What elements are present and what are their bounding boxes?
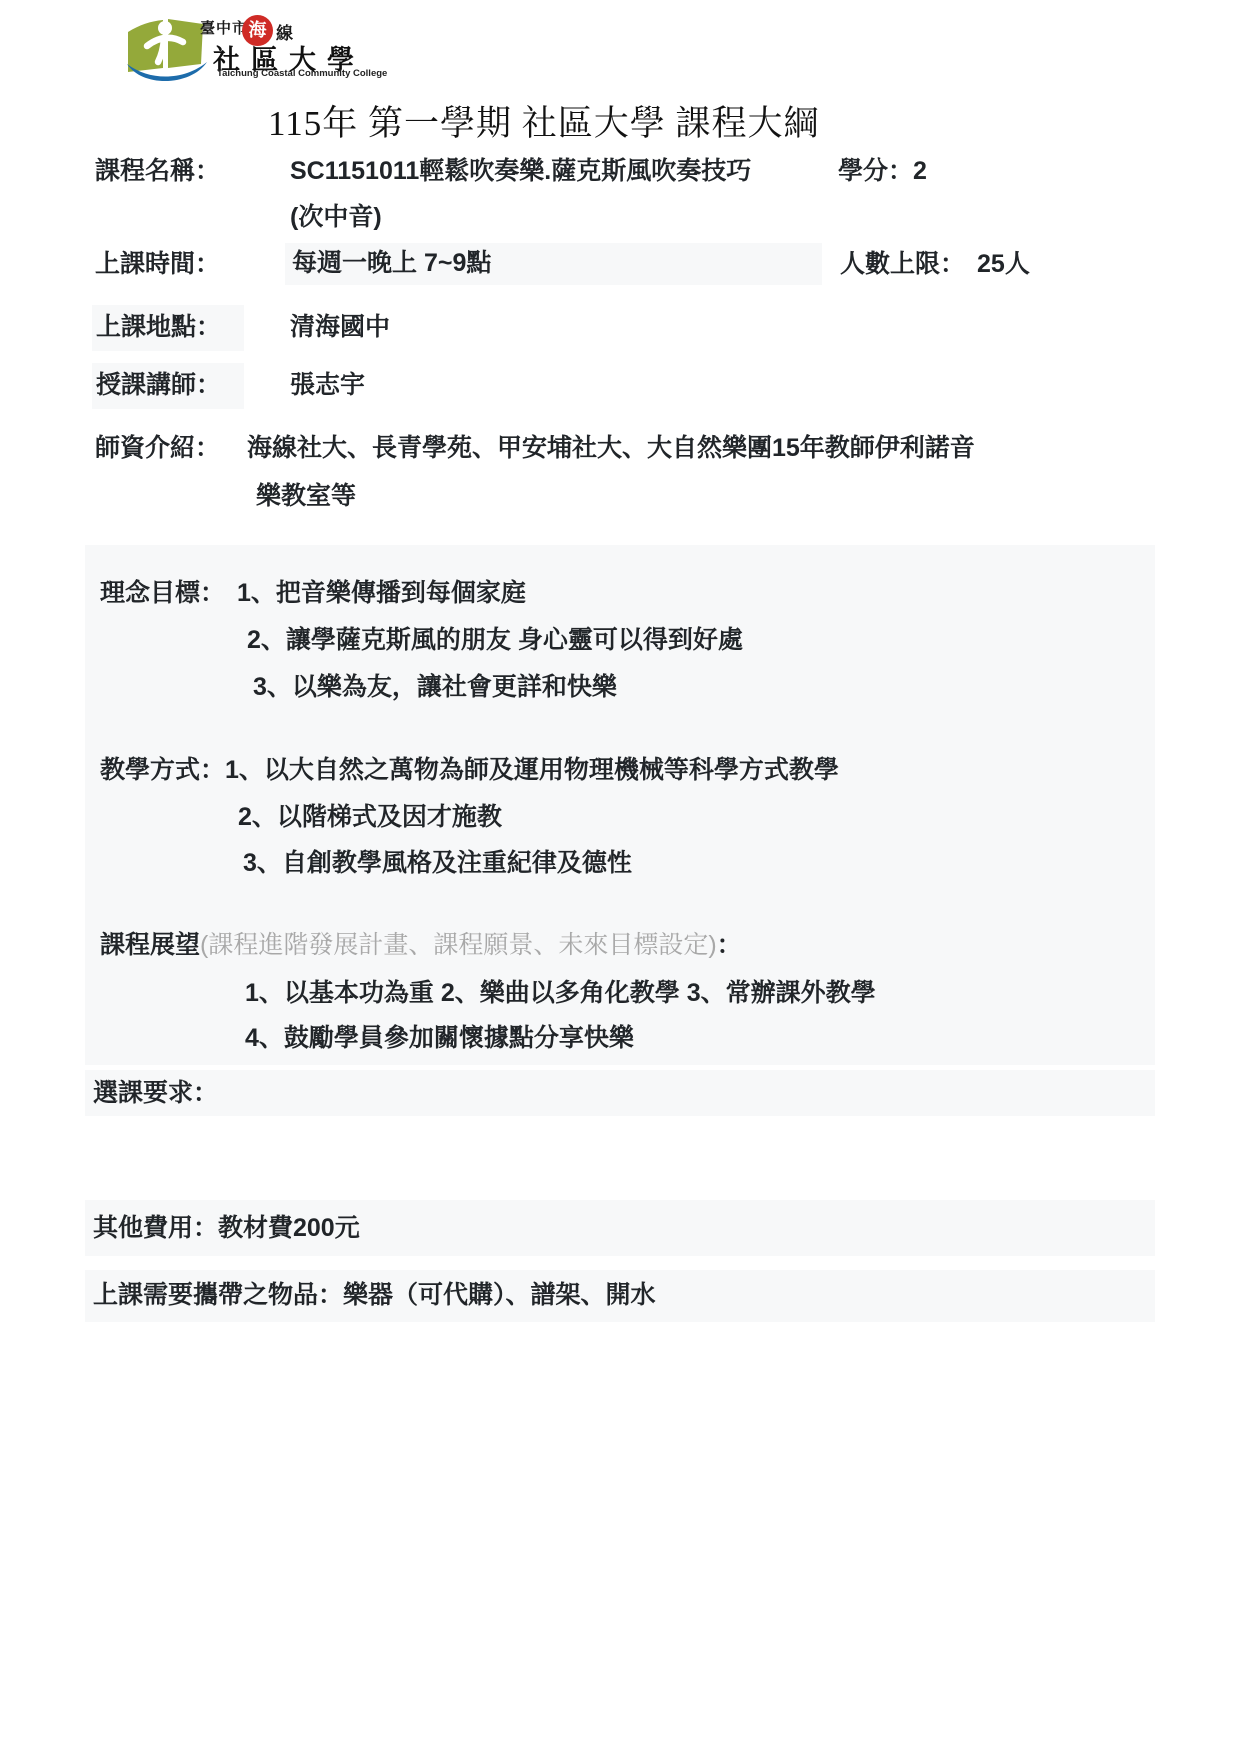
outlook-note: (課程進階發展計畫、課程願景、未來目標設定): [200, 931, 717, 959]
course-name-label: 課程名稱：: [95, 156, 220, 187]
instructor-label: 授課講師：: [92, 363, 244, 401]
instructor-intro-line1: 海線社大、長青學苑、甲安埔社大、大自然樂團15年教師伊利諾音: [247, 433, 975, 464]
goals-item-2: 2、讓學薩克斯風的朋友 身心靈可以得到好處: [247, 625, 743, 656]
methods-item-1: 1、以大自然之萬物為師及運用物理機械等科學方式教學: [225, 756, 839, 784]
goals-item-1: 1、把音樂傳播到每個家庭: [237, 579, 526, 607]
outlook-heading: 課程展望(課程進階發展計畫、課程願景、未來目標設定)：: [100, 930, 742, 961]
course-name-line2: (次中音): [290, 202, 382, 233]
instructor-intro-label: 師資介紹：: [95, 433, 220, 464]
page-title: 115年 第一學期 社區大學 課程大綱: [268, 96, 819, 146]
bring-items-strip: 上課需要攜帶之物品：樂器（可代購）、譜架、開水: [85, 1270, 1155, 1322]
outlook-item-2: 4、鼓勵學員參加關懷據點分享快樂: [245, 1023, 634, 1054]
bring-items-text: 上課需要攜帶之物品：樂器（可代購）、譜架、開水: [85, 1270, 1155, 1311]
class-time-value-box: 每週一晚上 7~9點: [285, 243, 822, 285]
outlook-item-1: 1、以基本功為重 2、樂曲以多角化教學 3、常辦課外教學: [245, 978, 876, 1009]
outlook-label: 課程展望: [100, 931, 200, 959]
capacity: 人數上限：25人: [840, 249, 1030, 280]
class-time-label: 上課時間：: [95, 249, 220, 280]
syllabus-page: 臺中市 海 線 社區大學 Taichung Coastal Community …: [0, 0, 1240, 1754]
location-value: 清海國中: [290, 312, 390, 343]
requirements-strip: 選課要求：: [85, 1070, 1155, 1116]
methods-item-3: 3、自創教學風格及注重紀律及德性: [243, 848, 632, 879]
methods-item-2: 2、以階梯式及因才施教: [238, 802, 502, 833]
location-label-box: 上課地點：: [92, 305, 244, 351]
credits-value: 2: [913, 157, 927, 185]
instructor-intro-line2: 樂教室等: [256, 481, 356, 512]
logo-city-text: 臺中市: [200, 17, 248, 38]
location-label: 上課地點：: [92, 305, 244, 343]
logo-english-name: Taichung Coastal Community College: [217, 68, 387, 79]
credits-label: 學分：: [838, 157, 913, 185]
outlook-colon: ：: [717, 931, 742, 959]
credits: 學分：2: [838, 156, 927, 187]
capacity-value: 25人: [977, 250, 1030, 278]
fees-text: 其他費用：教材費200元: [85, 1200, 1155, 1244]
school-logo: 臺中市 海 線 社區大學 Taichung Coastal Community …: [113, 16, 383, 100]
instructor-label-box: 授課講師：: [92, 363, 244, 409]
course-name-value: SC1151011輕鬆吹奏樂.薩克斯風吹奏技巧: [290, 156, 751, 187]
methods-label: 教學方式：: [100, 756, 225, 784]
class-time-value: 每週一晚上 7~9點: [285, 243, 822, 279]
goals-line1: 理念目標：1、把音樂傳播到每個家庭: [100, 578, 526, 609]
fees-strip: 其他費用：教材費200元: [85, 1200, 1155, 1256]
goals-label: 理念目標：: [100, 579, 225, 607]
instructor-value: 張志宇: [290, 370, 365, 401]
description-panel: 理念目標：1、把音樂傳播到每個家庭 2、讓學薩克斯風的朋友 身心靈可以得到好處 …: [85, 545, 1155, 1065]
methods-line1: 教學方式：1、以大自然之萬物為師及運用物理機械等科學方式教學: [100, 755, 839, 786]
capacity-label: 人數上限：: [840, 250, 965, 278]
goals-item-3: 3、以樂為友，讓社會更詳和快樂: [253, 672, 617, 703]
requirements-label: 選課要求：: [85, 1070, 1155, 1109]
